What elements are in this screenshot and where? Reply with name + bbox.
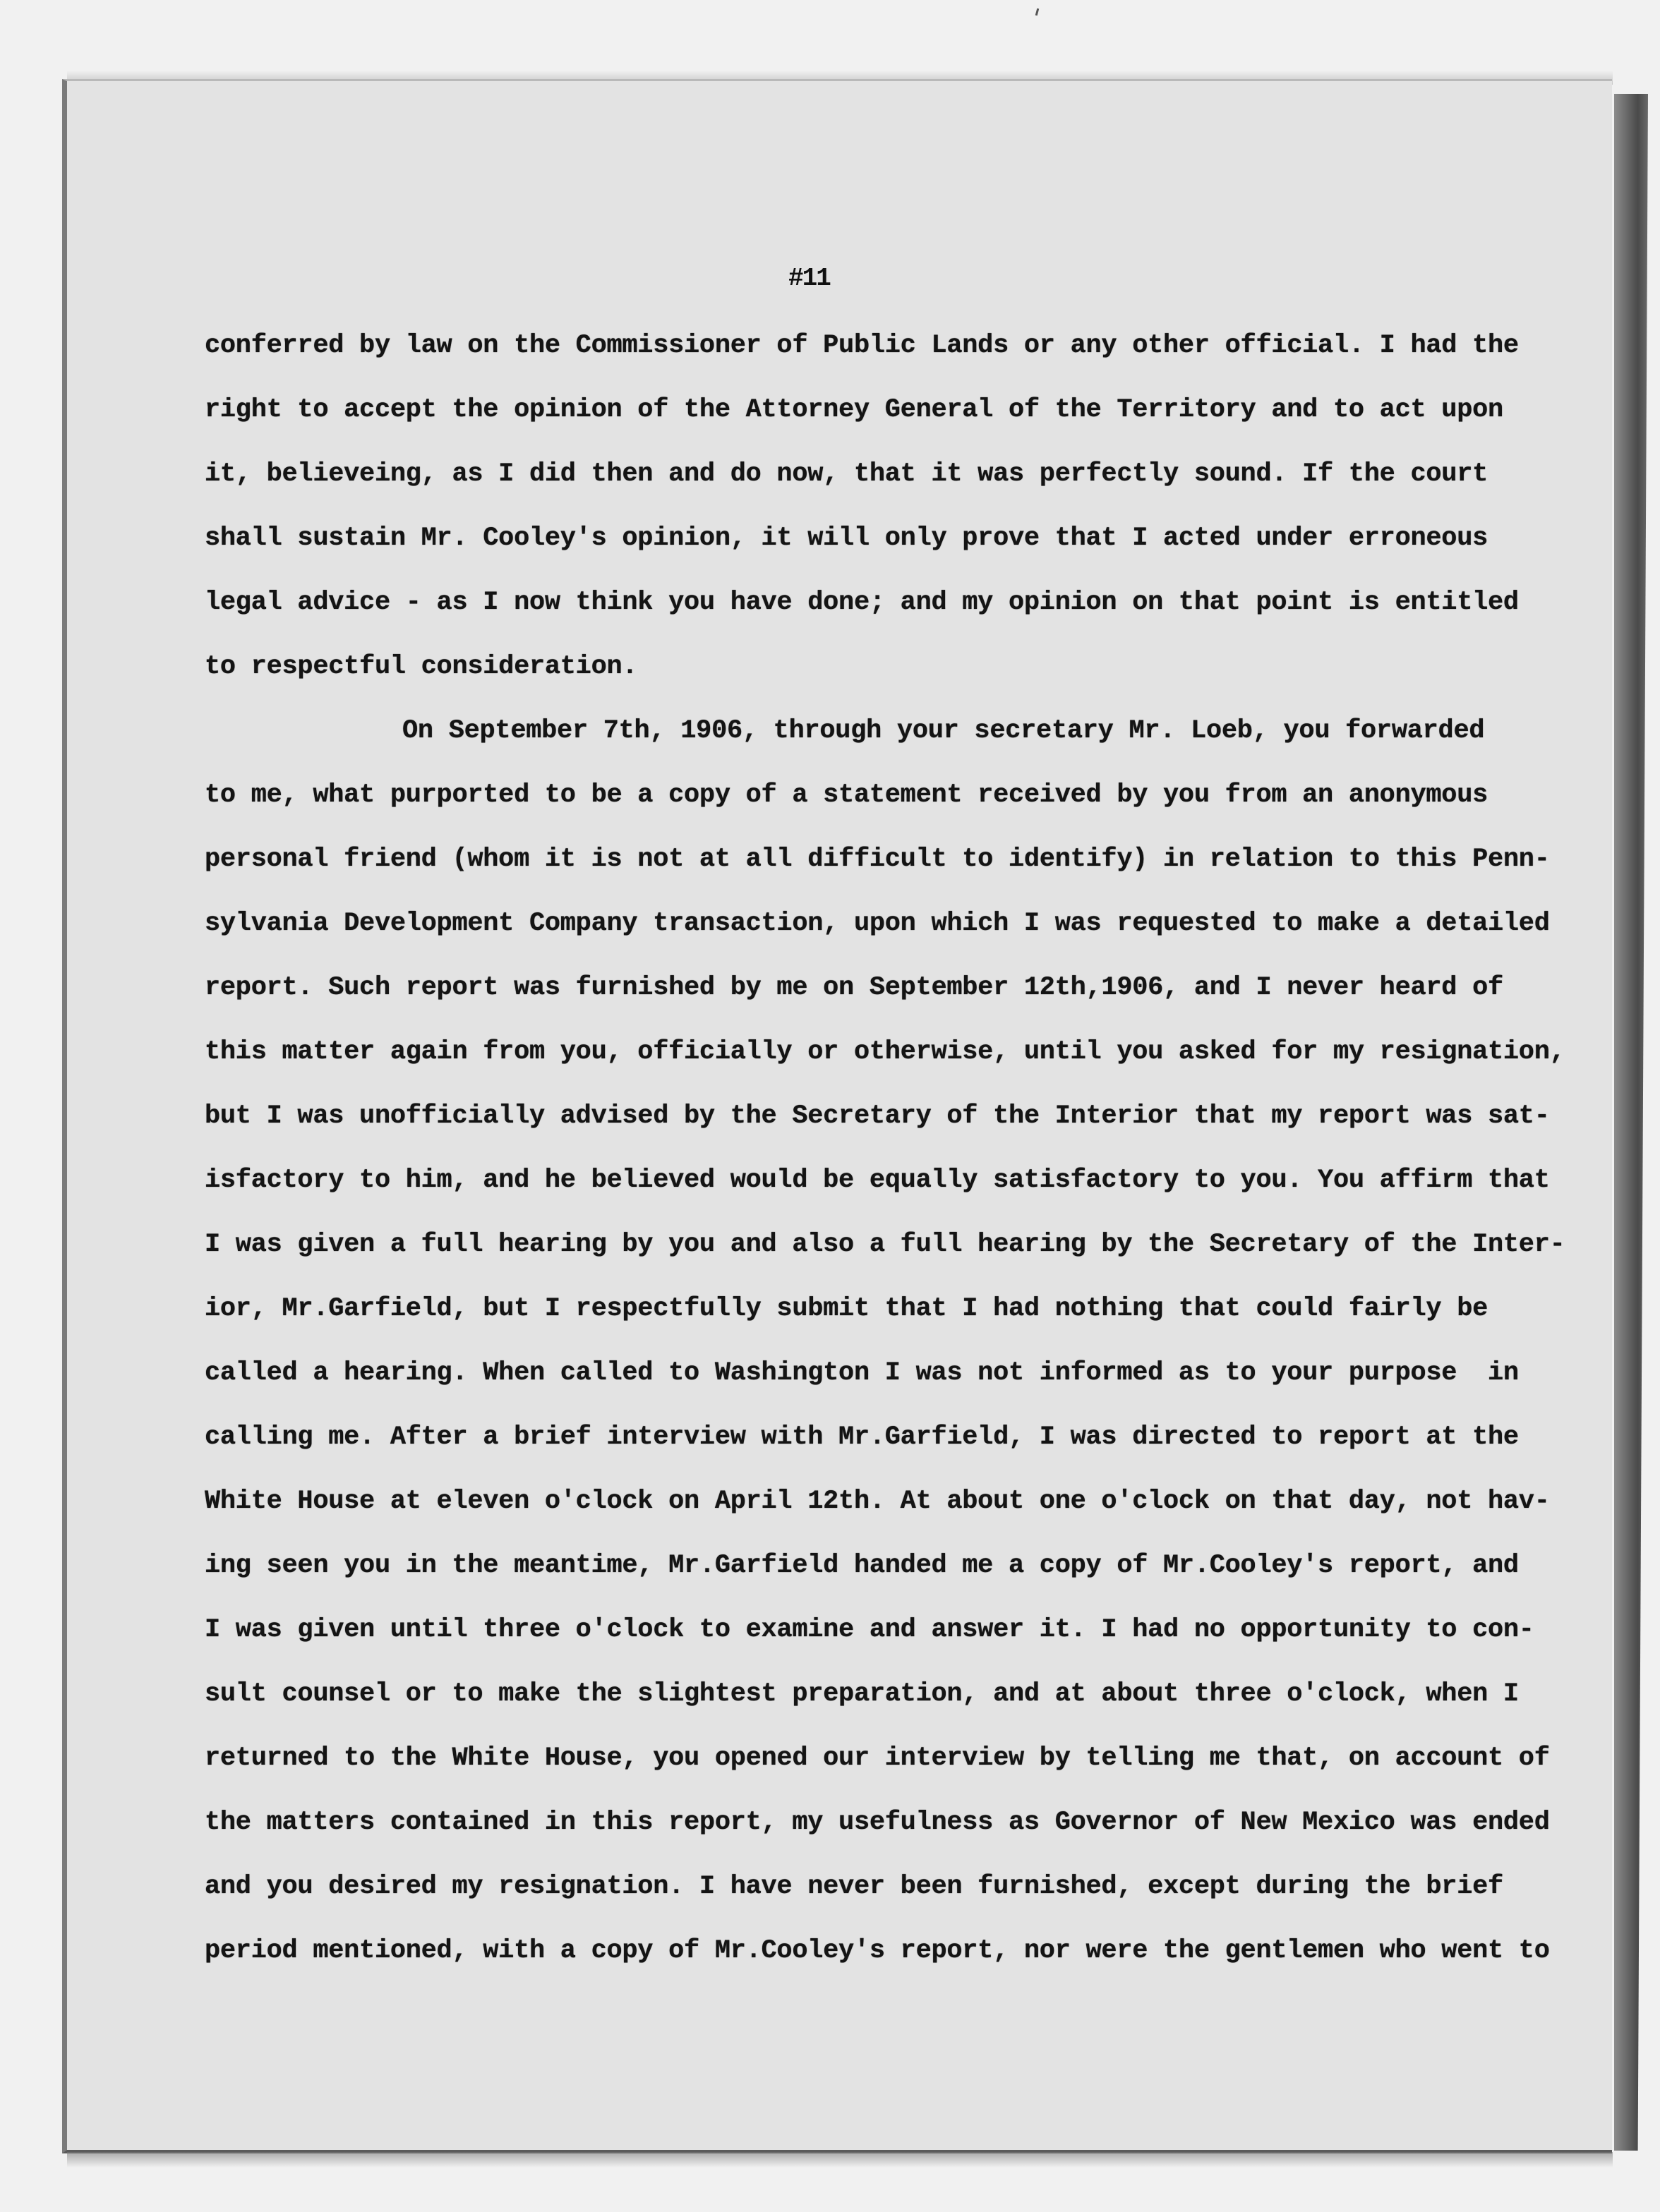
paragraph-first-line: On September 7th, 1906, through your sec… [402,715,1484,747]
text-line: ior, Mr.Garfield, but I respectfully sub… [205,1293,1488,1325]
text-line: ing seen you in the meantime, Mr.Garfiel… [205,1549,1519,1582]
text-line: I was given until three o'clock to exami… [205,1614,1534,1646]
text-line: period mentioned, with a copy of Mr.Cool… [205,1935,1550,1967]
scan-speck [1035,8,1039,16]
text-line: sult counsel or to make the slightest pr… [205,1678,1519,1710]
text-line: but I was unofficially advised by the Se… [205,1100,1550,1132]
text-line: calling me. After a brief interview with… [205,1421,1519,1453]
page-right-edge-shadow [1614,94,1648,2151]
page-number: #11 [788,262,830,295]
text-line: sylvania Development Company transaction… [205,907,1550,940]
page-bottom-edge-shadow [67,2152,1613,2168]
text-line: to respectful consideration. [205,651,637,683]
text-line: the matters contained in this report, my… [205,1806,1550,1839]
text-line: shall sustain Mr. Cooley's opinion, it w… [205,522,1488,555]
text-line: legal advice - as I now think you have d… [205,586,1519,619]
text-line: report. Such report was furnished by me … [205,972,1503,1004]
text-line: personal friend (whom it is not at all d… [205,843,1550,876]
text-line: to me, what purported to be a copy of a … [205,779,1488,811]
text-line: this matter again from you, officially o… [205,1036,1565,1068]
text-line: it, believeing, as I did then and do now… [205,458,1488,490]
text-line: I was given a full hearing by you and al… [205,1228,1565,1261]
text-line: returned to the White House, you opened … [205,1742,1550,1775]
text-line: right to accept the opinion of the Attor… [205,394,1503,426]
text-line: and you desired my resignation. I have n… [205,1870,1503,1903]
text-line: White House at eleven o'clock on April 1… [205,1485,1550,1518]
text-line: called a hearing. When called to Washing… [205,1357,1519,1389]
text-line: isfactory to him, and he believed would … [205,1164,1550,1197]
text-line: conferred by law on the Commissioner of … [205,330,1519,362]
